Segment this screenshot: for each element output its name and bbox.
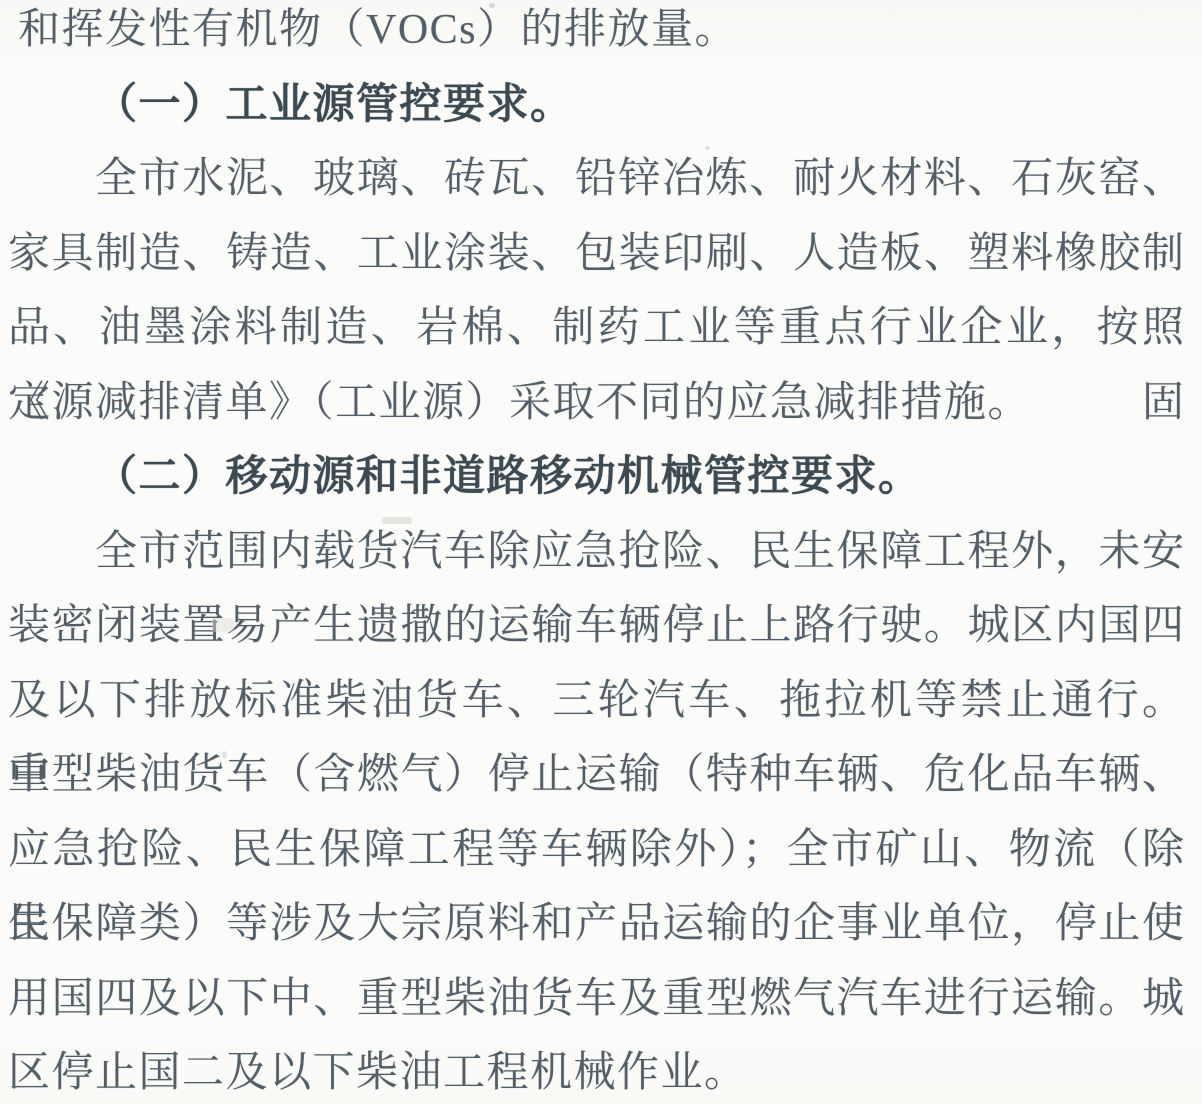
scan-smudge bbox=[212, 618, 234, 632]
section-2-paragraph-line: 重型柴油货车（含燃气）停止运输（特种车辆、危化品车辆、 bbox=[8, 738, 1185, 813]
section-2-paragraph-line: 生保障类）等涉及大宗原料和产品运输的企事业单位，停止使 bbox=[8, 887, 1185, 962]
section-2-paragraph-line: 全市范围内载货汽车除应急抢险、民生保障工程外，未安 bbox=[8, 515, 1185, 590]
section-1-paragraph-line: 品、油墨涂料制造、岩棉、制药工业等重点行业企业，按照《固 bbox=[8, 291, 1185, 366]
section-2-heading: （二）移动源和非道路移动机械管控要求。 bbox=[8, 440, 1185, 515]
document-page: 和挥发性有机物（VOCs）的排放量。 （一）工业源管控要求。 全市水泥、玻璃、砖… bbox=[0, 0, 1202, 1104]
section-1-paragraph-line: 定源减排清单》（工业源）采取不同的应急减排措施。 bbox=[8, 366, 1185, 441]
section-2-paragraph-line: 装密闭装置易产生遗撒的运输车辆停止上路行驶。城区内国四 bbox=[8, 589, 1185, 664]
paragraph-continuation-line: 和挥发性有机物（VOCs）的排放量。 bbox=[8, 0, 1185, 68]
document-text-block: 和挥发性有机物（VOCs）的排放量。 （一）工业源管控要求。 全市水泥、玻璃、砖… bbox=[8, 0, 1185, 1104]
section-1-paragraph-line: 家具制造、铸造、工业涂装、包装印刷、人造板、塑料橡胶制 bbox=[8, 217, 1185, 292]
scan-speck bbox=[222, 751, 227, 759]
scan-speck bbox=[489, 3, 495, 8]
section-2-paragraph-line: 及以下排放标准柴油货车、三轮汽车、拖拉机等禁止通行。中、 bbox=[8, 664, 1185, 739]
scan-smudge bbox=[382, 517, 412, 524]
section-2-paragraph-line: 应急抢险、民生保障工程等车辆除外）；全市矿山、物流（除民 bbox=[8, 813, 1185, 888]
section-1-heading: （一）工业源管控要求。 bbox=[8, 68, 1185, 143]
section-2-paragraph-line: 区停止国二及以下柴油工程机械作业。 bbox=[8, 1036, 1185, 1104]
section-1-paragraph-line: 全市水泥、玻璃、砖瓦、铅锌冶炼、耐火材料、石灰窑、 bbox=[8, 142, 1185, 217]
scan-speck bbox=[705, 146, 710, 150]
section-2-paragraph-line: 用国四及以下中、重型柴油货车及重型燃气汽车进行运输。城 bbox=[8, 962, 1185, 1037]
